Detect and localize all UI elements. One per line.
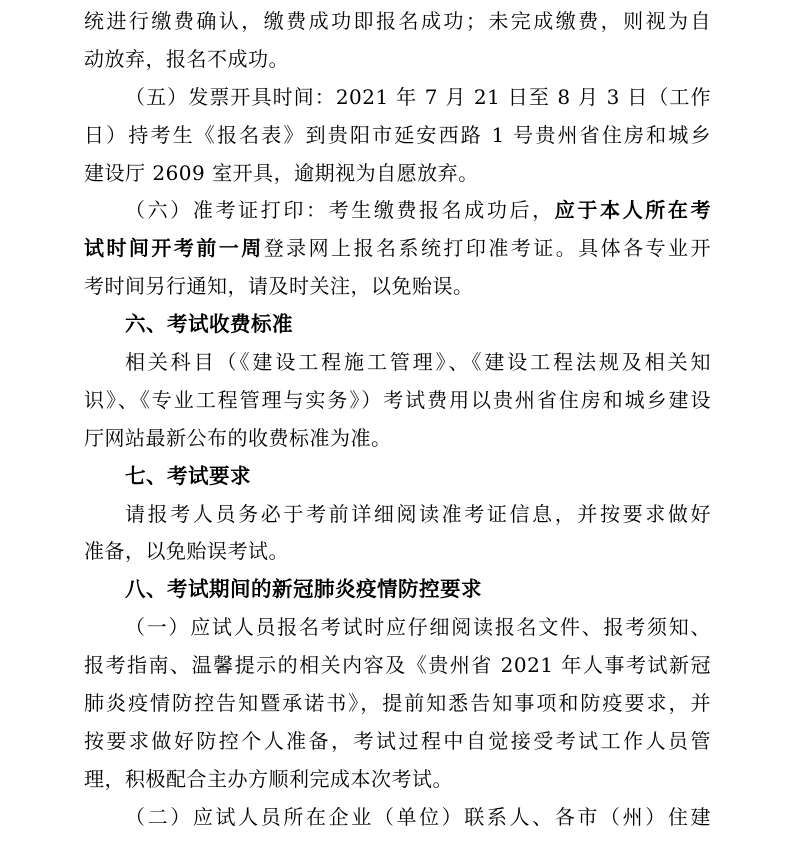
text-run: 六、考试收费标准 bbox=[125, 312, 293, 336]
text-line: 动放弃，报名不成功。 bbox=[84, 41, 711, 79]
text-line: （五）发票开具时间：2021 年 7 月 21 日至 8 月 3 日（工作 bbox=[84, 79, 711, 117]
section-heading: 七、考试要求 bbox=[84, 458, 711, 496]
text-line: （六）准考证打印：考生缴费报名成功后，应于本人所在考 bbox=[84, 192, 711, 230]
text-run: 相关科目（《建设工程施工管理》、《建设工程法规及相关知 bbox=[125, 350, 711, 374]
text-line: 考时间另行通知，请及时关注，以免贻误。 bbox=[84, 268, 711, 306]
text-run: 统进行缴费确认，缴费成功即报名成功；未完成缴费，则视为自 bbox=[84, 9, 711, 33]
text-line: 试时间开考前一周登录网上报名系统打印准考证。具体各专业开 bbox=[84, 230, 711, 268]
text-run: 七、考试要求 bbox=[125, 464, 251, 488]
text-run: 登录网上报名系统打印准考证。具体各专业开 bbox=[264, 236, 711, 260]
text-line: 统进行缴费确认，缴费成功即报名成功；未完成缴费，则视为自 bbox=[84, 3, 711, 41]
text-run: （五）发票开具时间：2021 年 7 月 21 日至 8 月 3 日（工作 bbox=[125, 85, 711, 109]
text-run: 报考指南、温馨提示的相关内容及《贵州省 2021 年人事考试新冠 bbox=[84, 653, 711, 677]
text-run: 应于本人所在考 bbox=[555, 198, 711, 222]
text-run: 按要求做好防控个人准备，考试过程中自觉接受考试工作人员管 bbox=[84, 729, 711, 753]
text-line: （一）应试人员报名考试时应仔细阅读报名文件、报考须知、 bbox=[84, 609, 711, 647]
document-page: 统进行缴费确认，缴费成功即报名成功；未完成缴费，则视为自动放弃，报名不成功。（五… bbox=[0, 0, 791, 845]
text-run: （二）应试人员所在企业（单位）联系人、各市（州）住建 bbox=[125, 805, 711, 829]
document-body: 统进行缴费确认，缴费成功即报名成功；未完成缴费，则视为自动放弃，报名不成功。（五… bbox=[84, 3, 711, 837]
text-line: 准备，以免贻误考试。 bbox=[84, 533, 711, 571]
text-run: 动放弃，报名不成功。 bbox=[84, 47, 289, 71]
text-run: 请报考人员务必于考前详细阅读准考证信息，并按要求做好 bbox=[125, 502, 711, 526]
text-line: 识》、《专业工程管理与实务》）考试费用以贵州省住房和城乡建设 bbox=[84, 382, 711, 420]
text-run: 考时间另行通知，请及时关注，以免贻误。 bbox=[84, 274, 474, 298]
section-heading: 八、考试期间的新冠肺炎疫情防控要求 bbox=[84, 571, 711, 609]
text-line: （二）应试人员所在企业（单位）联系人、各市（州）住建 bbox=[84, 799, 711, 837]
text-line: 报考指南、温馨提示的相关内容及《贵州省 2021 年人事考试新冠 bbox=[84, 647, 711, 685]
text-run: （六）准考证打印：考生缴费报名成功后， bbox=[125, 198, 555, 222]
text-line: 理，积极配合主办方顺利完成本次考试。 bbox=[84, 761, 711, 799]
text-run: 厅网站最新公布的收费标准为准。 bbox=[84, 426, 392, 450]
text-run: （一）应试人员报名考试时应仔细阅读报名文件、报考须知、 bbox=[125, 615, 711, 639]
text-line: 请报考人员务必于考前详细阅读准考证信息，并按要求做好 bbox=[84, 496, 711, 534]
section-heading: 六、考试收费标准 bbox=[84, 306, 711, 344]
text-line: 日）持考生《报名表》到贵阳市延安西路 1 号贵州省住房和城乡 bbox=[84, 117, 711, 155]
text-run: 肺炎疫情防控告知暨承诺书》，提前知悉告知事项和防疫要求，并 bbox=[84, 691, 711, 715]
text-line: 相关科目（《建设工程施工管理》、《建设工程法规及相关知 bbox=[84, 344, 711, 382]
text-run: 识》、《专业工程管理与实务》）考试费用以贵州省住房和城乡建设 bbox=[84, 388, 711, 412]
text-line: 肺炎疫情防控告知暨承诺书》，提前知悉告知事项和防疫要求，并 bbox=[84, 685, 711, 723]
text-run: 试时间开考前一周 bbox=[84, 236, 264, 260]
text-line: 厅网站最新公布的收费标准为准。 bbox=[84, 420, 711, 458]
text-run: 日）持考生《报名表》到贵阳市延安西路 1 号贵州省住房和城乡 bbox=[84, 123, 711, 147]
text-line: 按要求做好防控个人准备，考试过程中自觉接受考试工作人员管 bbox=[84, 723, 711, 761]
text-run: 理，积极配合主办方顺利完成本次考试。 bbox=[84, 767, 453, 791]
text-line: 建设厅 2609 室开具，逾期视为自愿放弃。 bbox=[84, 155, 711, 193]
text-run: 八、考试期间的新冠肺炎疫情防控要求 bbox=[125, 577, 482, 601]
text-run: 准备，以免贻误考试。 bbox=[84, 539, 289, 563]
text-run: 建设厅 2609 室开具，逾期视为自愿放弃。 bbox=[84, 161, 479, 185]
